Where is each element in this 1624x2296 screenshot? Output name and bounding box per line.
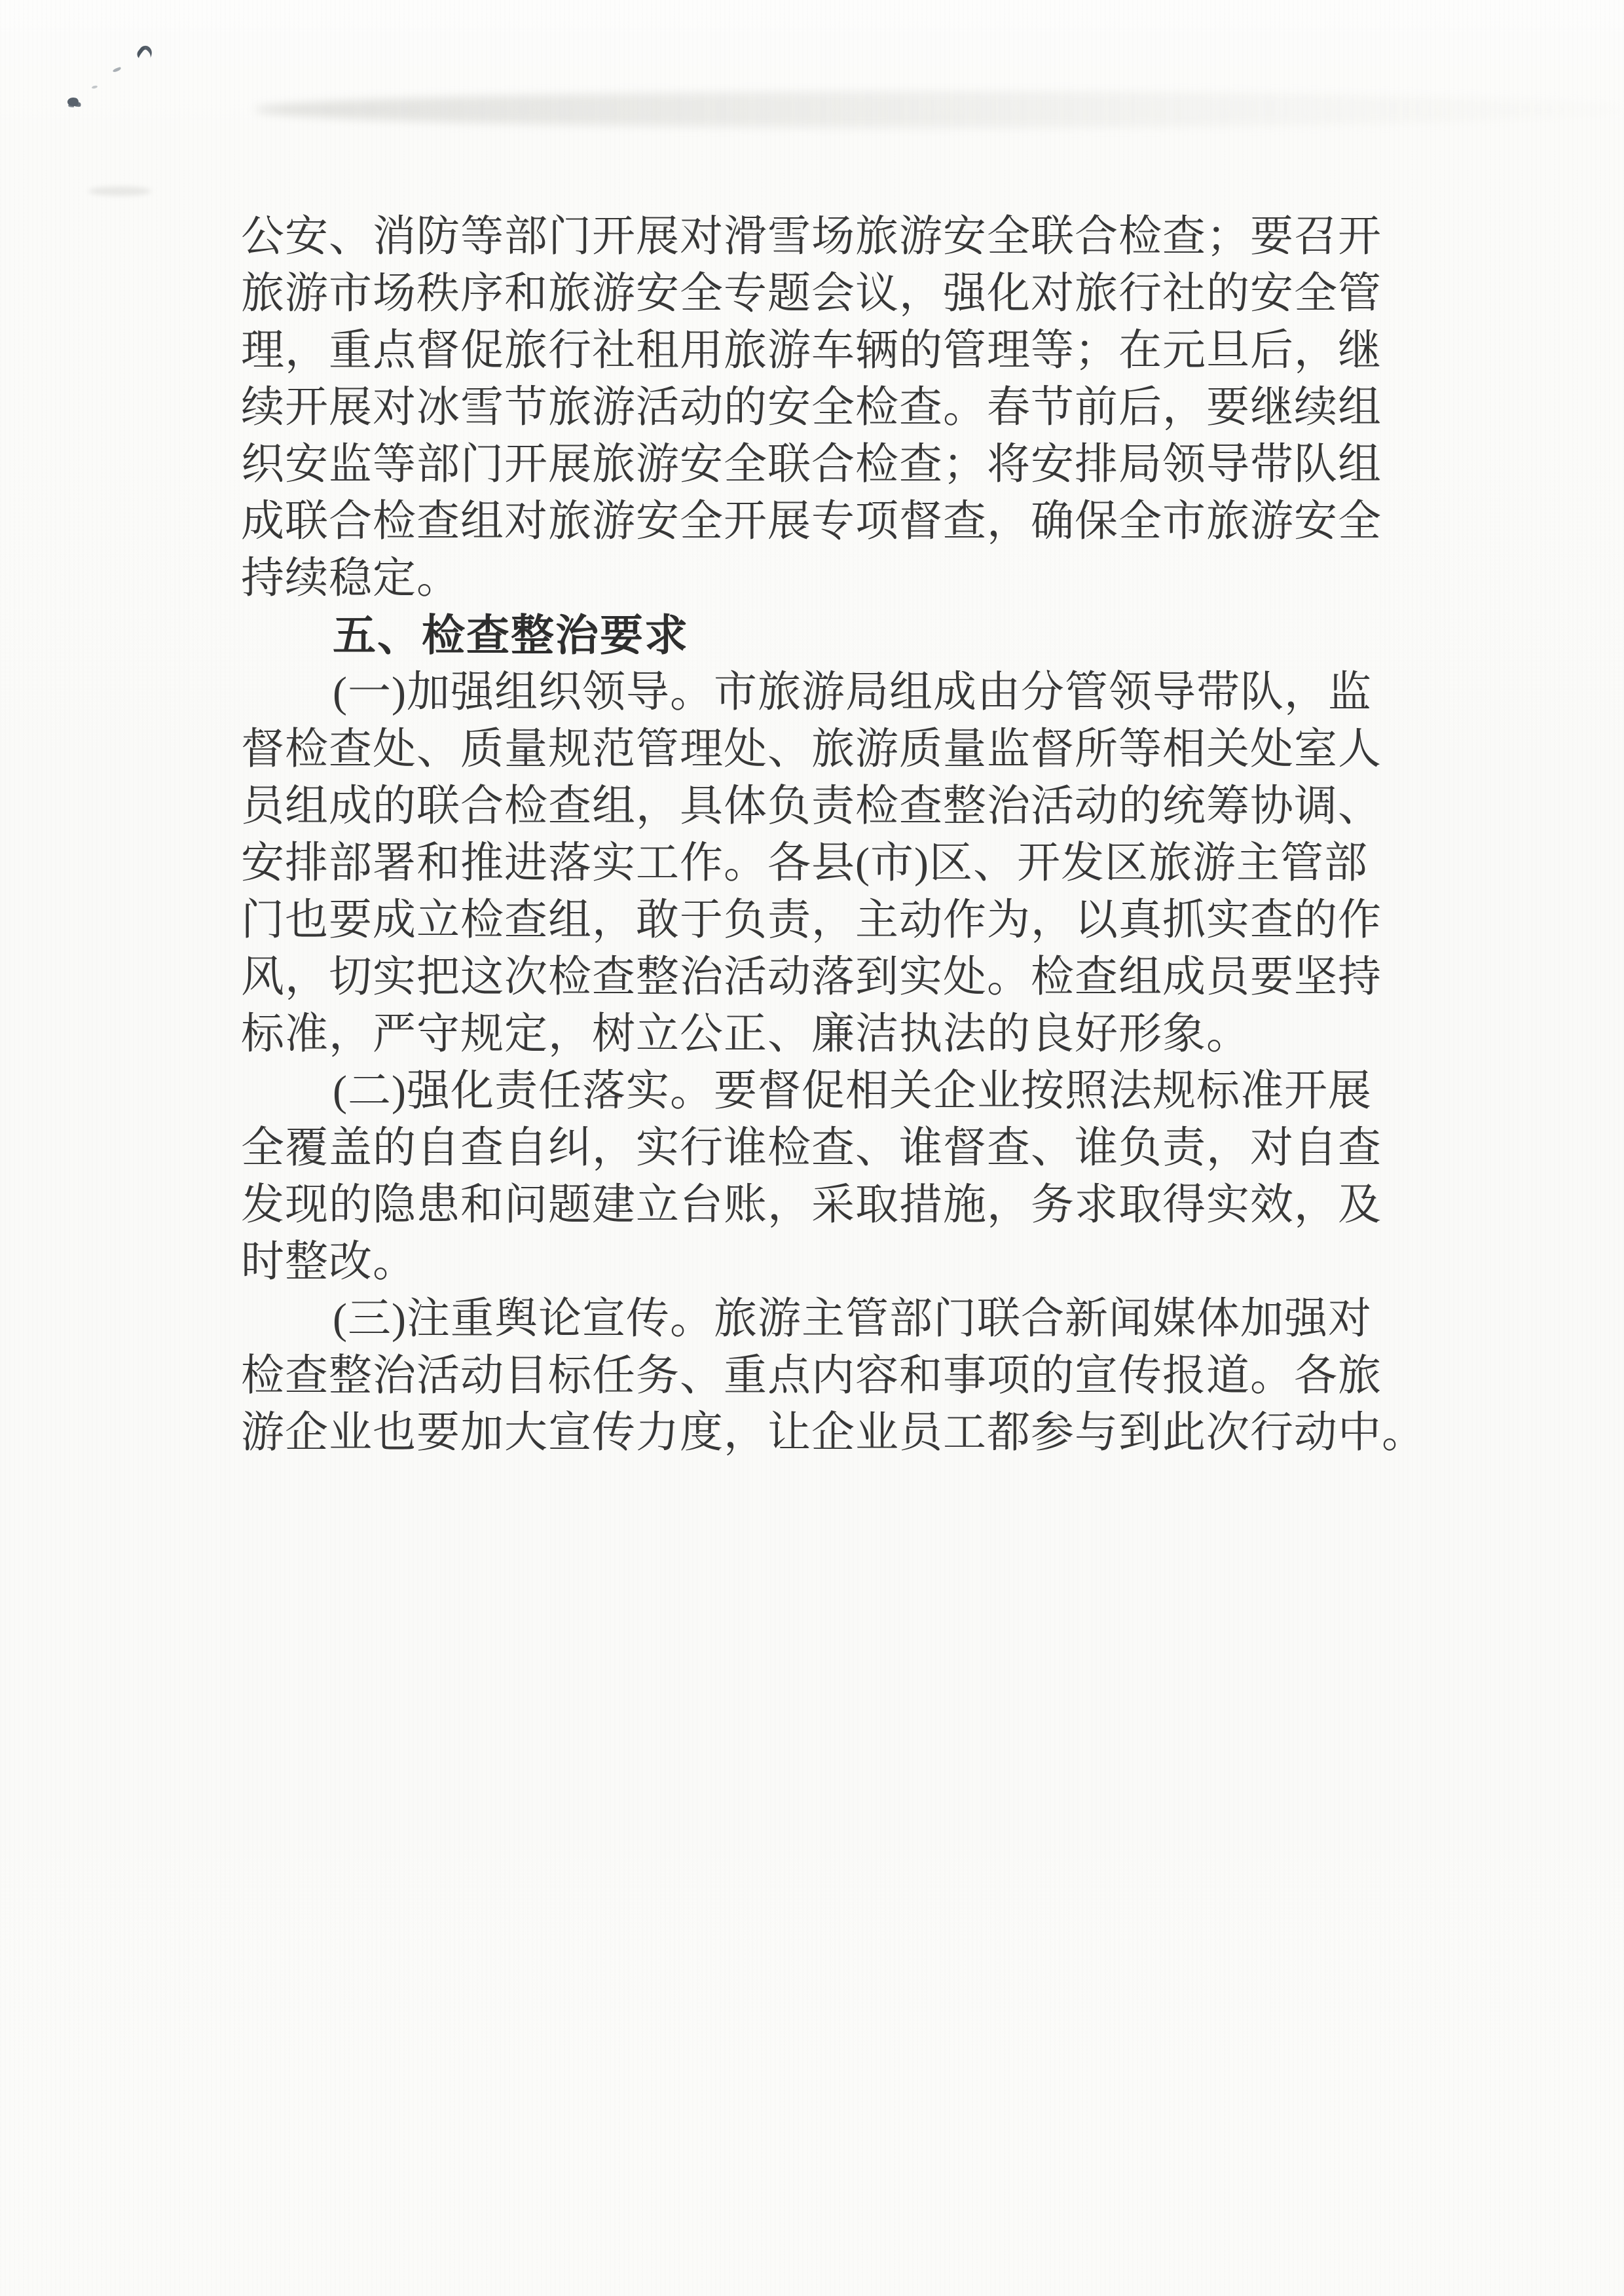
paragraph-line: 检查整治活动目标任务、重点内容和事项的宣传报道。各旅 bbox=[241, 1347, 1413, 1404]
paragraph-line: (三)注重舆论宣传。旅游主管部门联合新闻媒体加强对 bbox=[241, 1290, 1413, 1347]
document-body: 公安、消防等部门开展对滑雪场旅游安全联合检查；要召开 旅游市场秩序和旅游安全专题… bbox=[241, 208, 1413, 1461]
body-line: 理，重点督促旅行社租用旅游车辆的管理等；在元旦后，继 bbox=[241, 322, 1413, 379]
paragraph-line: 时整改。 bbox=[241, 1233, 1413, 1290]
paragraph-line: 风，切实把这次检查整治活动落到实处。检查组成员要坚持 bbox=[241, 949, 1413, 1006]
paragraph-line: (一)加强组织领导。市旅游局组成由分管领导带队，监 bbox=[241, 664, 1413, 721]
body-line: 织安监等部门开展旅游安全联合检查；将安排局领导带队组 bbox=[241, 436, 1413, 493]
paragraph-line: 游企业也要加大宣传力度，让企业员工都参与到此次行动中。 bbox=[241, 1404, 1413, 1461]
body-line: 持续稳定。 bbox=[241, 550, 1413, 607]
paragraph-line: 员组成的联合检查组，具体负责检查整治活动的统筹协调、 bbox=[241, 778, 1413, 835]
body-line: 成联合检查组对旅游安全开展专项督查，确保全市旅游安全 bbox=[241, 493, 1413, 550]
paragraph-line: 安排部署和推进落实工作。各县(市)区、开发区旅游主管部 bbox=[241, 835, 1413, 892]
paragraph-line: 督检查处、质量规范管理处、旅游质量监督所等相关处室人 bbox=[241, 721, 1413, 778]
ink-speck-blob bbox=[67, 97, 79, 107]
paragraph-line: 门也要成立检查组，敢于负责，主动作为，以真抓实查的作 bbox=[241, 892, 1413, 949]
section-heading: 五、检查整治要求 bbox=[241, 607, 1413, 664]
paragraph-line: 全覆盖的自查自纠，实行谁检查、谁督查、谁负责，对自查 bbox=[241, 1120, 1413, 1176]
body-line: 公安、消防等部门开展对滑雪场旅游安全联合检查；要召开 bbox=[241, 208, 1413, 265]
ink-speck-curl bbox=[135, 43, 155, 64]
body-line: 旅游市场秩序和旅游安全专题会议，强化对旅行社的安全管 bbox=[241, 265, 1413, 322]
paragraph-line: 发现的隐患和问题建立台账，采取措施，务求取得实效，及 bbox=[241, 1176, 1413, 1233]
ink-speck-tick bbox=[92, 85, 98, 89]
body-line: 续开展对冰雪节旅游活动的安全检查。春节前后，要继续组 bbox=[241, 379, 1413, 436]
scanned-document-page: 公安、消防等部门开展对滑雪场旅游安全联合检查；要召开 旅游市场秩序和旅游安全专题… bbox=[0, 0, 1624, 2296]
paragraph-line: 标准，严守规定，树立公正、廉洁执法的良好形象。 bbox=[241, 1006, 1413, 1063]
paragraph-line: (二)强化责任落实。要督促相关企业按照法规标准开展 bbox=[241, 1063, 1413, 1120]
scanner-shadow-artifact bbox=[255, 92, 1624, 128]
ink-speck-tick bbox=[113, 67, 122, 73]
faint-smudge bbox=[88, 187, 151, 196]
